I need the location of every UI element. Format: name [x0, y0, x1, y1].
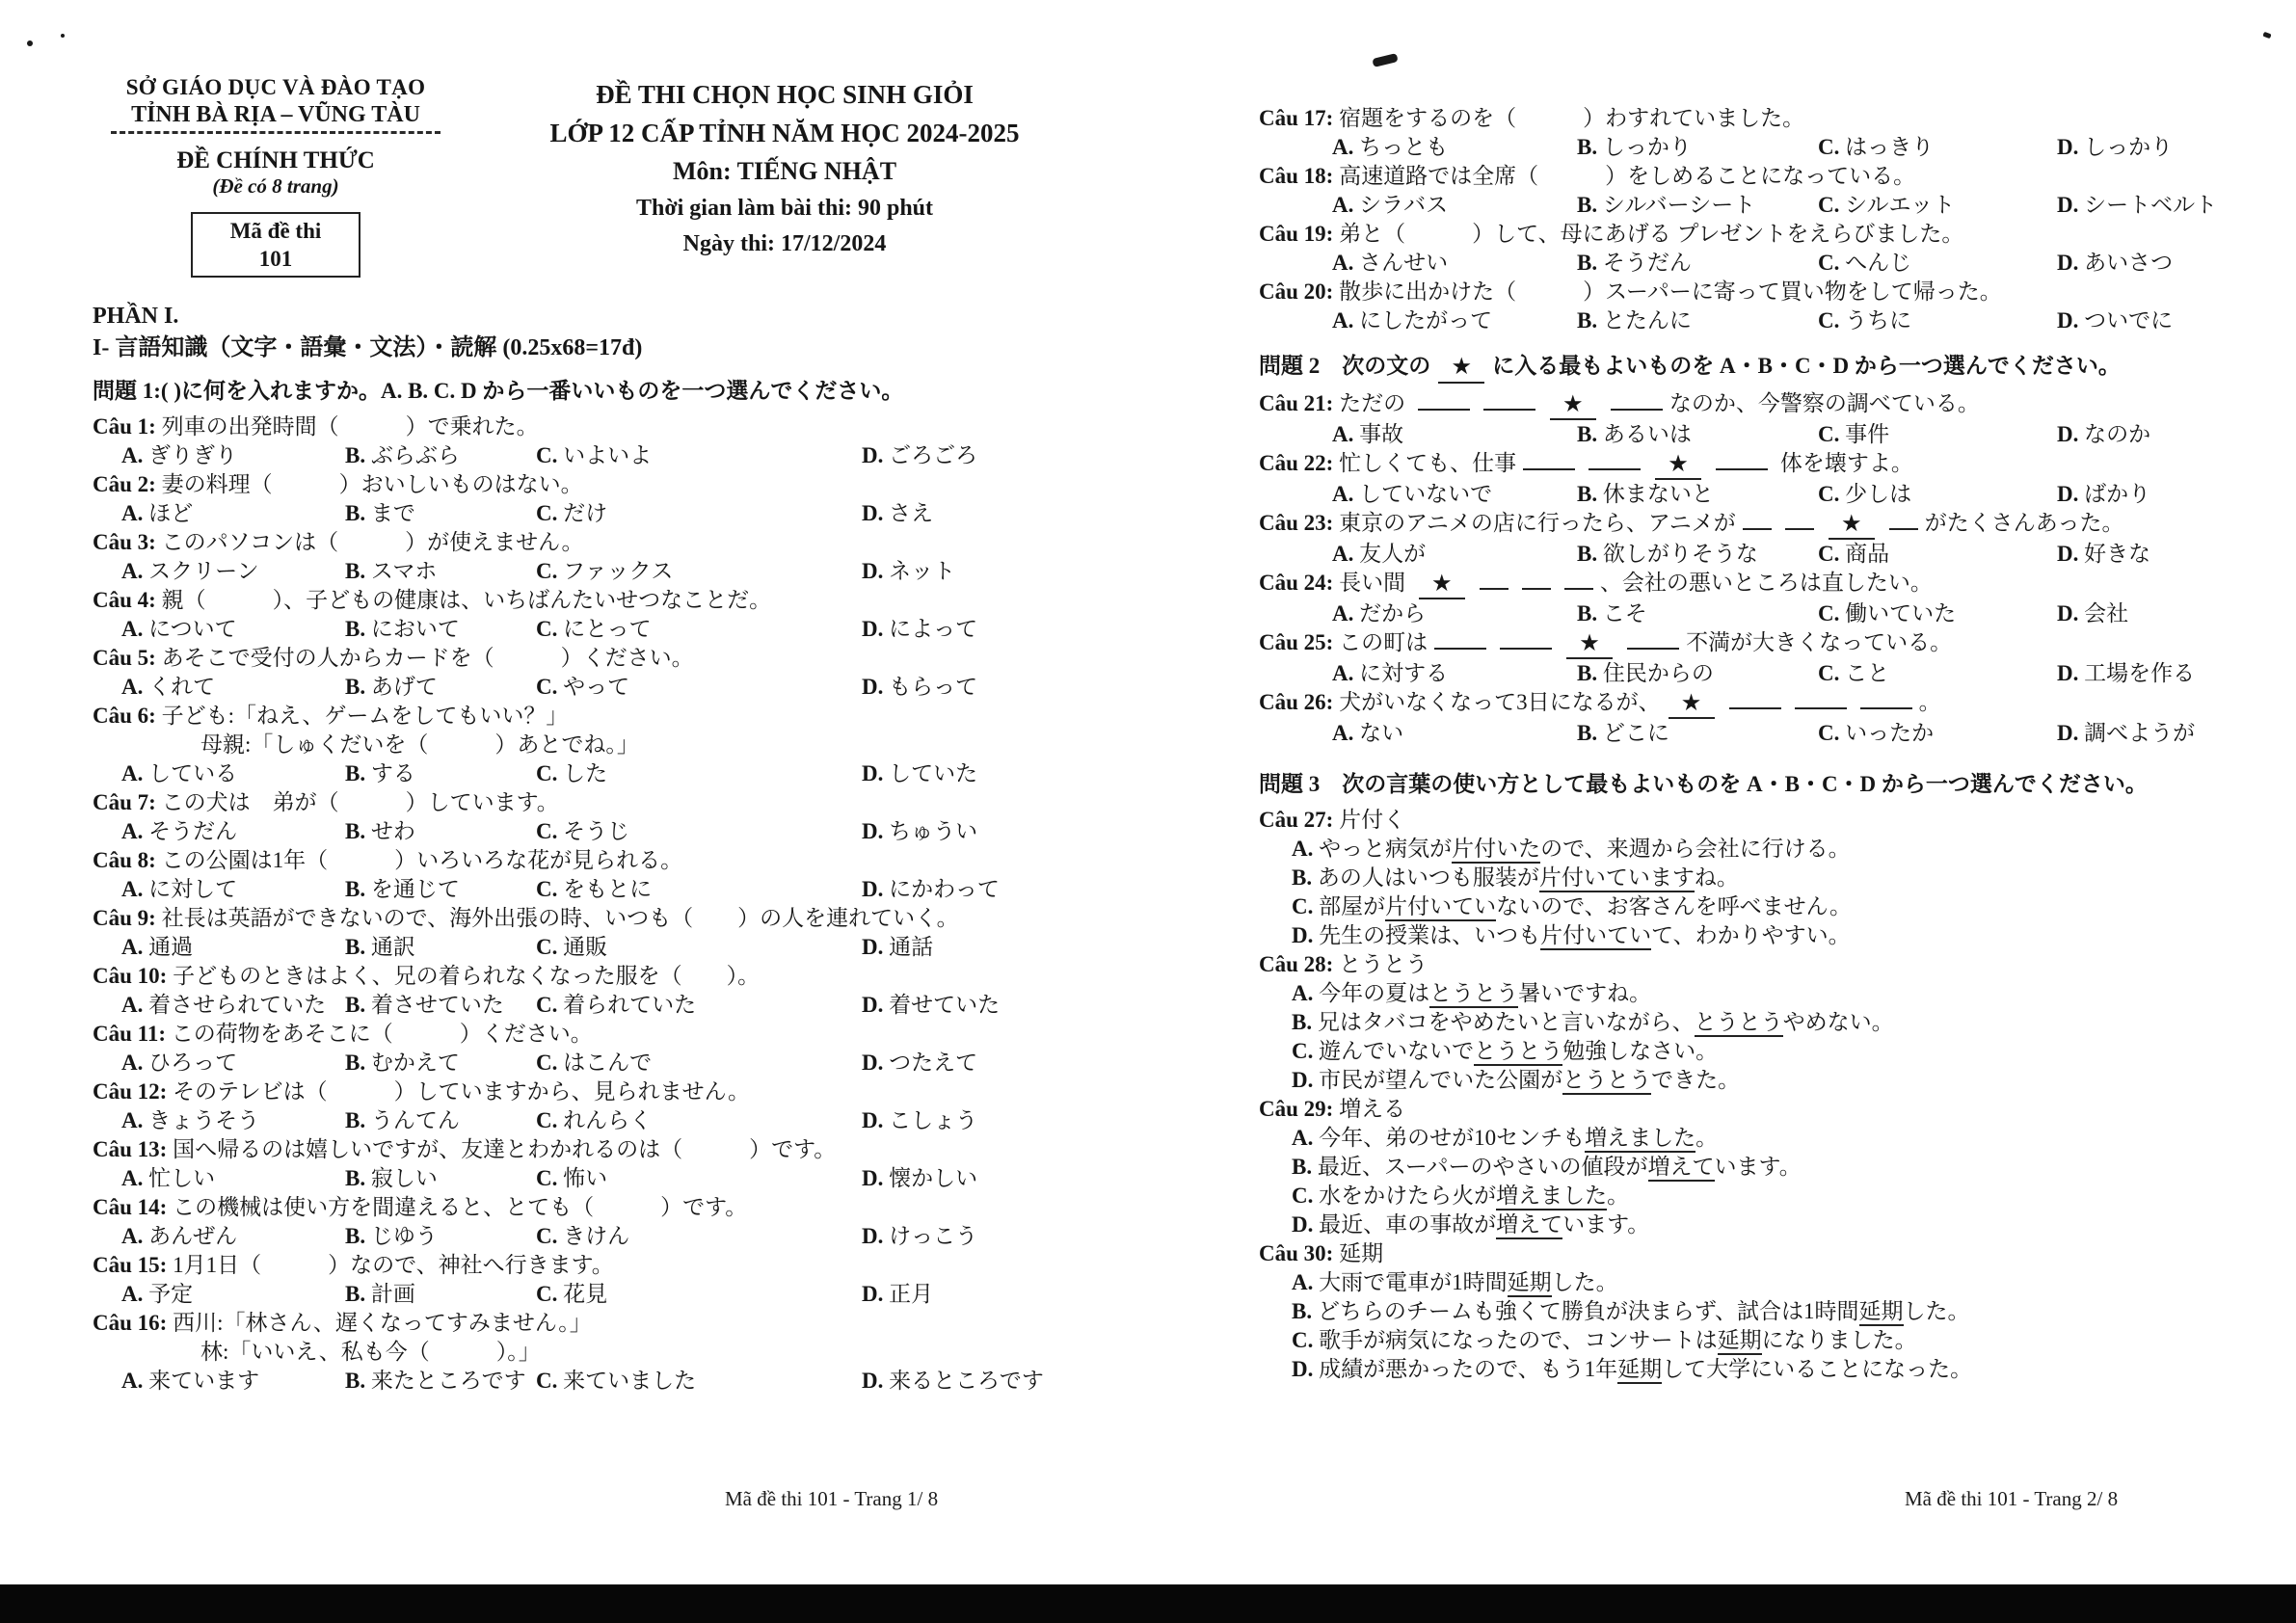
- option-d: D. ネット: [862, 557, 1107, 586]
- option-c: C. した: [536, 759, 862, 788]
- option-letter: A.: [1332, 721, 1353, 745]
- option-b: B. 欲しがりそうな: [1577, 540, 1818, 569]
- question-stem-line: Câu 23: 東京のアニメの店に行ったら、アニメが★がたくさんあった。: [1259, 509, 2227, 540]
- option-c: C. 商品: [1818, 540, 2057, 569]
- option-d: D. なのか: [2057, 420, 2227, 449]
- exam-title-line1: ĐỀ THI CHỌN HỌC SINH GIỎI: [463, 75, 1107, 114]
- option-letter: B.: [345, 1051, 365, 1075]
- option-a: A. だから: [1332, 599, 1577, 628]
- option-letter: C.: [536, 1108, 557, 1132]
- option-d: D. あいさつ: [2057, 249, 2227, 278]
- question-label: Câu 26:: [1259, 690, 1333, 714]
- options-row: A. くれてB. あげてC. やってD. もらって: [93, 673, 1107, 702]
- option-c: C. いよいよ: [536, 441, 862, 470]
- question-item: Câu 28: とうとうA. 今年の夏はとうとう暑いですね。B. 兄はタバコをや…: [1259, 950, 2227, 1095]
- options-row: A. きょうそうB. うんてんC. れんらくD. こしょう: [93, 1106, 1107, 1135]
- option-a: A. にしたがって: [1332, 306, 1577, 335]
- option-c: C. いったか: [1818, 719, 2057, 748]
- option-letter: C.: [536, 617, 557, 641]
- option-letter: B.: [345, 819, 365, 843]
- question-item: Câu 26: 犬がいなくなって3日になるが、★。A. ないB. どこにC. い…: [1259, 688, 2227, 748]
- page2-mondai2-questions: Câu 21: ただの ★なのか、今警察の調べている。A. 事故B. あるいはC…: [1259, 389, 2227, 748]
- option-letter: A.: [121, 559, 143, 583]
- option-b: B. 通訳: [345, 933, 536, 962]
- option-letter: D.: [2057, 601, 2078, 625]
- option-c: C. 少しは: [1818, 480, 2057, 509]
- blank-line: [1627, 633, 1679, 650]
- option-letter: D.: [2057, 721, 2078, 745]
- option-letter: B.: [345, 1369, 365, 1393]
- option-letter: C.: [1818, 601, 1839, 625]
- option-b: B. 住民からの: [1577, 659, 1818, 688]
- options-row: A. 来ていますB. 来たところですC. 来ていましたD. 来るところです: [93, 1367, 1107, 1396]
- option-d: D. ちゅうい: [862, 817, 1107, 846]
- option-d: D. によって: [862, 615, 1107, 644]
- usage-option-d: D. 成績が悪かったので、もう1年延期して大学にいることになった。: [1259, 1355, 2227, 1384]
- star-blank: ★: [1419, 569, 1465, 599]
- option-c: C. へんじ: [1818, 249, 2057, 278]
- exam-title-line2: LỚP 12 CẤP TỈNH NĂM HỌC 2024-2025: [463, 114, 1107, 152]
- exam-title-block: ĐỀ THI CHỌN HỌC SINH GIỎI LỚP 12 CẤP TỈN…: [459, 75, 1107, 262]
- question-stem-line: Câu 22: 忙しくても、仕事★ 体を壊すよ。: [1259, 449, 2227, 480]
- blank-line: [1743, 514, 1772, 530]
- option-letter: C.: [536, 761, 557, 785]
- blank-line: [1611, 394, 1663, 411]
- blank-line: [1523, 454, 1575, 470]
- underlined-word: 延期: [1508, 1270, 1552, 1297]
- option-a: A. 事故: [1332, 420, 1577, 449]
- option-c: C. 着られていた: [536, 991, 862, 1020]
- option-letter: C.: [1818, 193, 1839, 217]
- option-letter: B.: [345, 1224, 365, 1248]
- option-d: D. 調べようが: [2057, 719, 2227, 748]
- option-letter: B.: [1292, 1155, 1312, 1179]
- question-label: Câu 24:: [1259, 571, 1333, 595]
- question-stem-line: Câu 25: この町は★不満が大きくなっている。: [1259, 628, 2227, 659]
- option-d: D. もらって: [862, 673, 1107, 702]
- exam-date: Ngày thi: 17/12/2024: [463, 226, 1107, 262]
- blank-line: [1480, 573, 1508, 590]
- option-b: B. シルバーシート: [1577, 191, 1818, 220]
- option-d: D. 懐かしい: [862, 1164, 1107, 1193]
- option-a: A. 友人が: [1332, 540, 1577, 569]
- options-row: A. そうだんB. せわC. そうじD. ちゅうい: [93, 817, 1107, 846]
- exam-code-value: 101: [197, 245, 355, 273]
- question-stem-line: Câu 6: 子ども:「ねえ、ゲームをしてもいい？」: [93, 702, 1107, 731]
- option-d: D. ごろごろ: [862, 441, 1107, 470]
- option-b: B. じゆう: [345, 1222, 536, 1251]
- usage-word: 延期: [1339, 1241, 1383, 1265]
- option-letter: D.: [862, 1224, 883, 1248]
- mondai2-heading-pre: 問題 2 次の文の: [1259, 354, 1430, 378]
- question-label: Câu 3:: [93, 530, 156, 554]
- option-a: A. ひろって: [121, 1049, 345, 1078]
- options-row: A. にしたがってB. とたんにC. うちにD. ついでに: [1259, 306, 2227, 335]
- option-letter: C.: [536, 501, 557, 525]
- options-row: A. 友人がB. 欲しがりそうなC. 商品D. 好きな: [1259, 540, 2227, 569]
- options-row: A. 着させられていたB. 着させていたC. 着られていたD. 着せていた: [93, 991, 1107, 1020]
- option-c: C. やって: [536, 673, 862, 702]
- option-b: B. を通じて: [345, 875, 536, 904]
- option-c: C. をもとに: [536, 875, 862, 904]
- mondai3-heading: 問題 3 次の言葉の使い方として最もよいものを A・B・C・D から一つ選んでく…: [1259, 769, 2227, 800]
- scan-speck: [27, 40, 33, 46]
- question-stem: この犬は 弟が（ ）しています。: [162, 790, 559, 814]
- option-a: A. 着させられていた: [121, 991, 345, 1020]
- question-label: Câu 30:: [1259, 1241, 1333, 1265]
- option-b: B. 来たところです: [345, 1367, 536, 1396]
- options-row: A. ひろってB. むかえてC. はこんでD. つたえて: [93, 1049, 1107, 1078]
- question-label: Câu 21:: [1259, 391, 1333, 415]
- question-item: Câu 15: 1月1日（ ）なので、神社へ行きます。A. 予定B. 計画C. …: [93, 1251, 1107, 1309]
- option-letter: A.: [1332, 251, 1353, 275]
- underlined-word: とうとう: [1562, 1068, 1651, 1095]
- options-row: A. ないB. どこにC. いったかD. 調べようが: [1259, 719, 2227, 748]
- option-letter: D.: [862, 761, 883, 785]
- option-d: D. ばかり: [2057, 480, 2227, 509]
- option-letter: A.: [121, 1224, 143, 1248]
- underlined-word: とうとう: [1695, 1010, 1783, 1037]
- option-letter: D.: [2057, 308, 2078, 333]
- option-a: A. していないで: [1332, 480, 1577, 509]
- option-c: C. シルエット: [1818, 191, 2057, 220]
- option-c: C. うちに: [1818, 306, 2057, 335]
- usage-option-a: A. 大雨で電車が1時間延期した。: [1259, 1268, 2227, 1297]
- usage-word: 片付く: [1339, 808, 1405, 832]
- option-a: A. ない: [1332, 719, 1577, 748]
- question-stem-line: Câu 2: 妻の料理（ ）おいしいものはない。: [93, 470, 1107, 499]
- question-stem-line: Câu 1: 列車の出発時間（ ）で乗れた。: [93, 412, 1107, 441]
- question-label: Câu 22:: [1259, 451, 1333, 475]
- option-letter: C.: [1292, 1328, 1313, 1352]
- option-a: A. に対する: [1332, 659, 1577, 688]
- option-letter: D.: [2057, 422, 2078, 446]
- issuer-line1: SỞ GIÁO DỤC VÀ ĐÀO TẠO: [93, 75, 459, 100]
- blank-line: [1860, 693, 1912, 709]
- question-item: Câu 5: あそこで受付の人からカードを（ ）ください。A. くれてB. あげ…: [93, 644, 1107, 702]
- option-b: B. あるいは: [1577, 420, 1818, 449]
- question-stem-line: Câu 16: 西川:「林さん、遅くなってすみません。」: [93, 1309, 1107, 1338]
- blank-line: [1729, 693, 1781, 709]
- page2-mondai1-questions: Câu 17: 宿題をするのを（ ）わすれていました。A. ちっともB. しっか…: [1259, 104, 2227, 335]
- option-letter: D.: [2057, 482, 2078, 506]
- question-stem-line: Câu 24: 長い間 ★、会社の悪いところは直したい。: [1259, 569, 2227, 599]
- exam-subject: Môn: TIẾNG NHẬT: [463, 152, 1107, 191]
- option-letter: D.: [862, 559, 883, 583]
- question-stem: この荷物をあそこに（ ）ください。: [172, 1022, 593, 1046]
- question-item: Câu 29: 増えるA. 今年、弟のせが10センチも増えました。B. 最近、ス…: [1259, 1095, 2227, 1239]
- option-letter: B.: [345, 501, 365, 525]
- option-d: D. さえ: [862, 499, 1107, 528]
- question-stem: 西川:「林さん、遅くなってすみません。」: [173, 1311, 592, 1335]
- blank-line: [1589, 454, 1641, 470]
- option-c: C. はっきり: [1818, 133, 2057, 162]
- option-c: C. 花見: [536, 1280, 862, 1309]
- option-d: D. 来るところです: [862, 1367, 1107, 1396]
- option-c: C. そうじ: [536, 817, 862, 846]
- option-c: C. ファックス: [536, 557, 862, 586]
- option-b: B. 計画: [345, 1280, 536, 1309]
- page1-questions: Câu 1: 列車の出発時間（ ）で乗れた。A. ぎりぎりB. ぶらぶらC. い…: [93, 412, 1107, 1396]
- option-a: A. あんぜん: [121, 1222, 345, 1251]
- option-letter: D.: [2057, 542, 2078, 566]
- option-letter: C.: [536, 819, 557, 843]
- question-label: Câu 2:: [93, 472, 156, 496]
- question-stem: あそこで受付の人からカードを（ ）ください。: [162, 646, 694, 670]
- option-letter: A.: [121, 935, 143, 959]
- usage-option-d: D. 最近、車の事故が増えています。: [1259, 1211, 2227, 1239]
- option-a: A. 予定: [121, 1280, 345, 1309]
- question-label: Câu 14:: [93, 1195, 167, 1219]
- usage-word: とうとう: [1339, 952, 1428, 976]
- option-b: B. しっかり: [1577, 133, 1818, 162]
- option-letter: C.: [1818, 422, 1839, 446]
- star-blank: ★: [1829, 509, 1875, 540]
- option-c: C. 事件: [1818, 420, 2057, 449]
- options-row: A. についてB. においてC. にとってD. によって: [93, 615, 1107, 644]
- question-item: Câu 20: 散歩に出かけた（ ）スーパーに寄って買い物をして帰った。A. に…: [1259, 278, 2227, 335]
- question-stem-line: Câu 12: そのテレビは（ ）していますから、見られません。: [93, 1078, 1107, 1106]
- options-row: A. しているB. するC. したD. していた: [93, 759, 1107, 788]
- question-stem-line: Câu 3: このパソコンは（ ）が使えません。: [93, 528, 1107, 557]
- blank-line: [1434, 633, 1486, 650]
- option-b: B. スマホ: [345, 557, 536, 586]
- question-item: Câu 11: この荷物をあそこに（ ）ください。A. ひろってB. むかえてC…: [93, 1020, 1107, 1078]
- options-row: A. に対してB. を通じてC. をもとにD. にかわって: [93, 875, 1107, 904]
- option-c: C. だけ: [536, 499, 862, 528]
- option-letter: B.: [345, 617, 365, 641]
- question-item: Câu 9: 社長は英語ができないので、海外出張の時、いつも（ ）の人を連れてい…: [93, 904, 1107, 962]
- blank-line: [1418, 394, 1470, 411]
- question-stem: 高速道路では全席（ ）をしめることになっている。: [1339, 164, 1915, 188]
- usage-word-line: Câu 30: 延期: [1259, 1239, 2227, 1268]
- option-b: B. せわ: [345, 817, 536, 846]
- option-letter: C.: [536, 559, 557, 583]
- option-letter: A.: [1332, 482, 1353, 506]
- page2-footer: Mã đề thi 101 - Trang 2/ 8: [1905, 1487, 2118, 1511]
- option-letter: A.: [121, 443, 143, 467]
- question-stem-line: Câu 20: 散歩に出かけた（ ）スーパーに寄って買い物をして帰った。: [1259, 278, 2227, 306]
- option-letter: C.: [1292, 1039, 1313, 1063]
- options-row: A. スクリーンB. スマホC. ファックスD. ネット: [93, 557, 1107, 586]
- option-letter: A.: [121, 761, 143, 785]
- question-label: Câu 28:: [1259, 952, 1333, 976]
- options-row: A. 通過B. 通訳C. 通販D. 通話: [93, 933, 1107, 962]
- question-stem: このパソコンは（ ）が使えません。: [162, 530, 584, 554]
- issuer-line2: TỈNH BÀ RỊA – VŨNG TÀU: [93, 102, 459, 128]
- scan-bottom-bar: [0, 1584, 2296, 1623]
- option-letter: C.: [536, 877, 557, 901]
- question-item: Câu 7: この犬は 弟が（ ）しています。A. そうだんB. せわC. そう…: [93, 788, 1107, 846]
- option-letter: B.: [1577, 482, 1597, 506]
- option-d: D. こしょう: [862, 1106, 1107, 1135]
- blank-line: [1564, 573, 1593, 590]
- option-a: A. 来ています: [121, 1367, 345, 1396]
- option-d: D. しっかり: [2057, 133, 2227, 162]
- option-letter: D.: [862, 1166, 883, 1190]
- usage-option-b: B. 最近、スーパーのやさいの値段が増えています。: [1259, 1153, 2227, 1182]
- blank-line: [1785, 514, 1814, 530]
- option-letter: A.: [1332, 601, 1353, 625]
- option-letter: B.: [345, 993, 365, 1017]
- question-item: Câu 17: 宿題をするのを（ ）わすれていました。A. ちっともB. しっか…: [1259, 104, 2227, 162]
- option-letter: B.: [1577, 135, 1597, 159]
- question-label: Câu 11:: [93, 1022, 166, 1046]
- option-d: D. 着せていた: [862, 991, 1107, 1020]
- usage-option-c: C. 遊んでいないでとうとう勉強しなさい。: [1259, 1037, 2227, 1066]
- question-stem-line: Câu 21: ただの ★なのか、今警察の調べている。: [1259, 389, 2227, 420]
- scan-speck: [2262, 32, 2271, 39]
- option-letter: A.: [1332, 422, 1353, 446]
- option-letter: B.: [1577, 251, 1597, 275]
- options-row: A. さんせいB. そうだんC. へんじD. あいさつ: [1259, 249, 2227, 278]
- usage-word-line: Câu 27: 片付く: [1259, 806, 2227, 835]
- underlined-word: 延期: [1718, 1328, 1762, 1355]
- underlined-word: 増えて: [1648, 1155, 1715, 1182]
- question-item: Câu 12: そのテレビは（ ）していますから、見られません。A. きょうそう…: [93, 1078, 1107, 1135]
- option-letter: B.: [345, 1108, 365, 1132]
- question-stem-line: Câu 14: この機械は使い方を間違えると、とても（ ）です。: [93, 1193, 1107, 1222]
- option-a: A. シラバス: [1332, 191, 1577, 220]
- option-a: A. 忙しい: [121, 1164, 345, 1193]
- option-d: D. シートベルト: [2057, 191, 2227, 220]
- exam-page-1: SỞ GIÁO DỤC VÀ ĐÀO TẠO TỈNH BÀ RỊA – VŨN…: [93, 75, 1107, 1396]
- option-d: D. 工場を作る: [2057, 659, 2227, 688]
- option-letter: B.: [1577, 601, 1597, 625]
- question-label: Câu 16:: [93, 1311, 167, 1335]
- option-d: D. していた: [862, 759, 1107, 788]
- option-a: A. 通過: [121, 933, 345, 962]
- blank-line: [1522, 573, 1551, 590]
- underlined-word: とうとう: [1429, 981, 1518, 1008]
- option-letter: C.: [1818, 661, 1839, 685]
- option-letter: A.: [1292, 1270, 1313, 1294]
- question-item: Câu 19: 弟と（ ）して、母にあげる プレゼントをえらびました。A. さん…: [1259, 220, 2227, 278]
- exam-code-box: Mã đề thi 101: [191, 212, 360, 278]
- question-item: Câu 4: 親（ ）、子どもの健康は、いちばんたいせつなことだ。A. について…: [93, 586, 1107, 644]
- option-letter: D.: [862, 935, 883, 959]
- option-letter: B.: [1577, 542, 1597, 566]
- option-letter: A.: [121, 1369, 143, 1393]
- question-label: Câu 19:: [1259, 222, 1333, 246]
- option-letter: C.: [536, 1166, 557, 1190]
- question-label: Câu 25:: [1259, 630, 1333, 654]
- usage-word: 増える: [1339, 1097, 1405, 1121]
- options-row: A. 忙しいB. 寂しいC. 怖いD. 懐かしい: [93, 1164, 1107, 1193]
- blank-line: [1795, 693, 1847, 709]
- option-a: A. ぎりぎり: [121, 441, 345, 470]
- question-stem: 親（ ）、子どもの健康は、いちばんたいせつなことだ。: [162, 588, 772, 612]
- usage-option-b: B. どちらのチームも強くて勝負が決まらず、試合は1時間延期した。: [1259, 1297, 2227, 1326]
- option-letter: C.: [536, 443, 557, 467]
- scan-speck: [1372, 53, 1398, 67]
- option-letter: C.: [1818, 251, 1839, 275]
- underlined-word: 増えて: [1496, 1212, 1562, 1239]
- underlined-word: 片付いてい: [1540, 923, 1651, 950]
- option-c: C. きけん: [536, 1222, 862, 1251]
- question-label: Câu 6:: [93, 704, 156, 728]
- option-d: D. 通話: [862, 933, 1107, 962]
- official-exam-label: ĐỀ CHÍNH THỨC: [93, 147, 459, 174]
- part-heading: PHẦN I.: [93, 301, 1107, 332]
- question-label: Câu 29:: [1259, 1097, 1333, 1121]
- option-letter: C.: [1818, 721, 1839, 745]
- option-c: C. れんらく: [536, 1106, 862, 1135]
- option-letter: B.: [1292, 1299, 1312, 1323]
- option-d: D. つたえて: [862, 1049, 1107, 1078]
- question-stem: そのテレビは（ ）していますから、見られません。: [173, 1079, 750, 1104]
- question-item: Câu 16: 西川:「林さん、遅くなってすみません。」林:「いいえ、私も今（ …: [93, 1309, 1107, 1396]
- option-letter: C.: [536, 1051, 557, 1075]
- option-letter: D.: [862, 675, 883, 699]
- option-a: A. スクリーン: [121, 557, 345, 586]
- question-stem-line: Câu 10: 子どものときはよく、兄の着られなくなった服を（ ）。: [93, 962, 1107, 991]
- option-letter: A.: [121, 501, 143, 525]
- underlined-word: 片付いてい: [1385, 894, 1496, 921]
- question-label: Câu 10:: [93, 964, 167, 988]
- question-item: Câu 18: 高速道路では全席（ ）をしめることになっている。A. シラバスB…: [1259, 162, 2227, 220]
- option-letter: D.: [862, 443, 883, 467]
- question-item: Câu 27: 片付くA. やっと病気が片付いたので、来週から会社に行ける。B.…: [1259, 806, 2227, 950]
- pages-note: (Đề có 8 trang): [93, 174, 459, 199]
- option-letter: C.: [536, 1369, 557, 1393]
- options-row: A. 事故B. あるいはC. 事件D. なのか: [1259, 420, 2227, 449]
- question-stem-line2: 林:「いいえ、私も今（ ）。」: [93, 1338, 1107, 1367]
- question-stem: 列車の出発時間（ ）で乗れた。: [162, 414, 539, 439]
- star-blank: ★: [1566, 628, 1613, 659]
- option-letter: D.: [2057, 661, 2078, 685]
- question-item: Câu 3: このパソコンは（ ）が使えません。A. スクリーンB. スマホC.…: [93, 528, 1107, 586]
- option-letter: B.: [345, 559, 365, 583]
- underlined-word: 片付いています: [1539, 865, 1695, 892]
- option-d: D. ついでに: [2057, 306, 2227, 335]
- underlined-word: 増えました: [1585, 1126, 1695, 1153]
- option-letter: B.: [345, 761, 365, 785]
- option-letter: B.: [345, 877, 365, 901]
- option-c: C. 働いていた: [1818, 599, 2057, 628]
- option-b: B. あげて: [345, 673, 536, 702]
- question-label: Câu 5:: [93, 646, 156, 670]
- section-heading: I- 言語知識（文字・語彙・文法）・読解 (0.25x68=17đ): [93, 332, 1107, 364]
- option-letter: C.: [536, 1282, 557, 1306]
- option-letter: A.: [1332, 193, 1353, 217]
- option-b: B. とたんに: [1577, 306, 1818, 335]
- option-letter: C.: [536, 993, 557, 1017]
- option-letter: B.: [345, 1282, 365, 1306]
- option-letter: D.: [862, 1282, 883, 1306]
- question-item: Câu 1: 列車の出発時間（ ）で乗れた。A. ぎりぎりB. ぶらぶらC. い…: [93, 412, 1107, 470]
- page1-footer: Mã đề thi 101 - Trang 1/ 8: [725, 1487, 938, 1511]
- option-a: A. さんせい: [1332, 249, 1577, 278]
- question-label: Câu 12:: [93, 1079, 167, 1104]
- issuer-block: SỞ GIÁO DỤC VÀ ĐÀO TẠO TỈNH BÀ RỊA – VŨN…: [93, 75, 459, 278]
- question-stem: 1月1日（ ）なので、神社へ行きます。: [173, 1253, 614, 1277]
- option-c: C. 通販: [536, 933, 862, 962]
- underlined-word: 増えました: [1496, 1184, 1607, 1211]
- question-stem-line: Câu 8: この公園は1年（ ）いろいろな花が見られる。: [93, 846, 1107, 875]
- question-label: Câu 15:: [93, 1253, 167, 1277]
- underlined-word: とうとう: [1474, 1039, 1562, 1066]
- option-b: B. 寂しい: [345, 1164, 536, 1193]
- question-stem-line: Câu 4: 親（ ）、子どもの健康は、いちばんたいせつなことだ。: [93, 586, 1107, 615]
- option-letter: D.: [1292, 1212, 1313, 1237]
- option-d: D. にかわって: [862, 875, 1107, 904]
- option-c: C. こと: [1818, 659, 2057, 688]
- option-letter: A.: [121, 617, 143, 641]
- question-label: Câu 20:: [1259, 279, 1333, 304]
- option-letter: B.: [1577, 721, 1597, 745]
- option-letter: C.: [1818, 135, 1839, 159]
